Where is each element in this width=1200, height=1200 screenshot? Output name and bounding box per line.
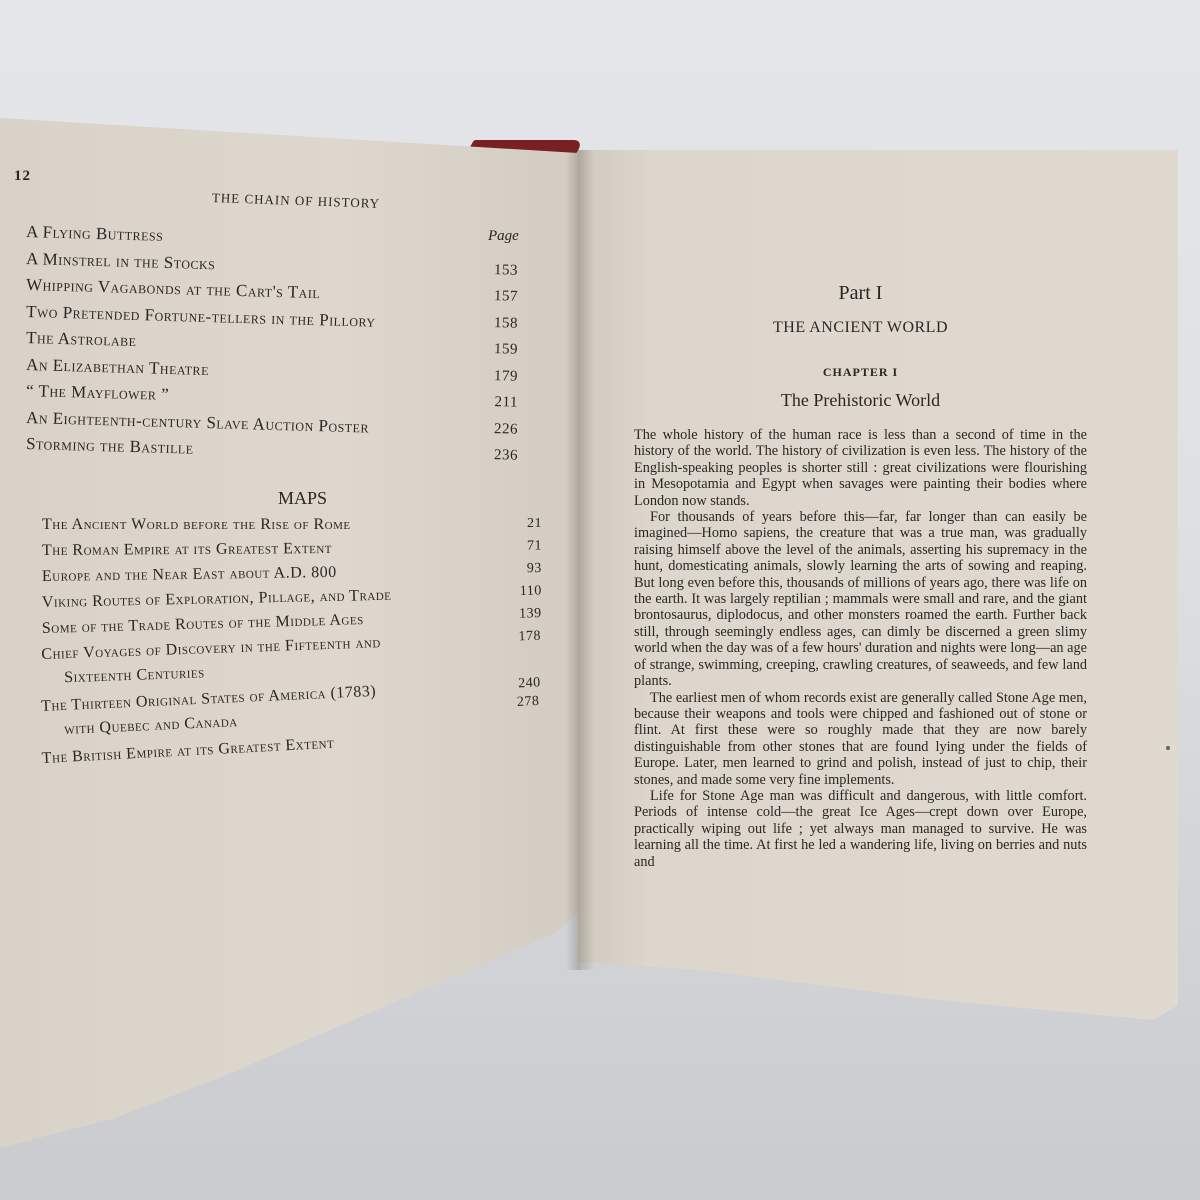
paragraph: Life for Stone Age man was difficult and… [634, 788, 1087, 870]
book-photo: 12 THE CHAIN OF HISTORY Page A Flying Bu… [0, 0, 1200, 1200]
paper-speck [1166, 746, 1170, 750]
maps-heading: MAPS [278, 488, 327, 509]
book-gutter [566, 150, 594, 970]
paragraph: The earliest men of whom records exist a… [634, 690, 1087, 788]
part-heading: Part I [634, 282, 1087, 305]
illustrations-list: A Flying Buttress A Minstrel in the Stoc… [26, 222, 546, 461]
chapter-label: CHAPTER I [634, 365, 1087, 380]
paragraph: The whole history of the human race is l… [634, 427, 1087, 509]
chapter-title: The Prehistoric World [634, 390, 1087, 411]
paragraph: For thousands of years before this—far, … [634, 509, 1087, 689]
maps-list: The Ancient World before the Rise of Rom… [42, 516, 542, 776]
part-title: THE ANCIENT WORLD [634, 319, 1087, 337]
chapter-text: Part I THE ANCIENT WORLD CHAPTER I The P… [634, 282, 1087, 870]
page-number: 12 [14, 168, 31, 185]
